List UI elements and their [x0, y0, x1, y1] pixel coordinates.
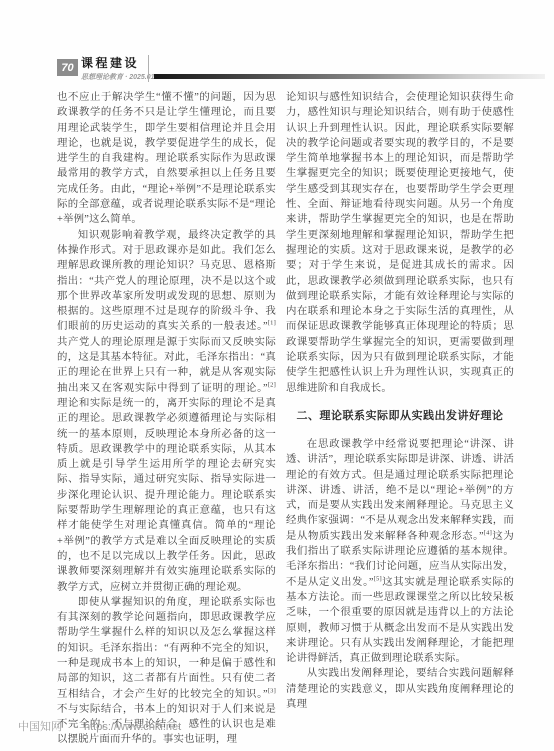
paragraph-continuation: 论知识与感性知识结合，会使理论知识获得生命力，感性知识与理论知识结合，则有助于使… — [286, 90, 514, 396]
header-titles: 课程建设 思想理论教育 · 2025.01 — [81, 57, 155, 82]
page-number: 70 — [61, 62, 73, 74]
left-column: 也不应止于解决学生“懂不懂”的问题，因为思政课教学的任务不只是让学生懂理论，而且… — [57, 90, 276, 748]
column-title: 课程建设 — [81, 57, 155, 70]
page-number-badge: 70 — [57, 59, 78, 76]
header-divider-line — [148, 55, 149, 82]
paragraph-continuation: 也不应止于解决学生“懂不懂”的问题，因为思政课教学的任务不只是让学生懂理论，而且… — [57, 90, 276, 228]
section-heading: 二、理论联系实际即从实践出发讲好理论 — [286, 407, 514, 423]
right-column: 论知识与感性知识结合，会使理论知识获得生命力，感性知识与理论知识结合，则有助于使… — [286, 90, 514, 748]
paragraph: 在思政课教学中经常说要把理论“讲深、讲透、讲活”，理论联系实际即是讲深、讲透、讲… — [286, 437, 514, 666]
journal-info: 思想理论教育 · 2025.01 — [81, 72, 155, 82]
header-gradient-bar — [154, 74, 545, 79]
journal-page: 70 课程建设 思想理论教育 · 2025.01 也不应止于解决学生“懂不懂”的… — [0, 0, 554, 751]
article-body: 也不应止于解决学生“懂不懂”的问题，因为思政课教学的任务不只是让学生懂理论，而且… — [57, 90, 514, 748]
paragraph: 从实践出发阐释理论，要结合实践问题解释清楚理论的实践意义，即从实践角度阐释理论的… — [286, 666, 514, 712]
paragraph: 知识观影响着教学观，最终决定教学的具体操作形式。对于思政课亦是如此。我们怎么理解… — [57, 228, 276, 595]
cnki-watermark: 中国知网 https://www.cnki.net — [18, 718, 181, 734]
cnki-site-name: 中国知网 — [18, 718, 62, 734]
cnki-site-url: https://www.cnki.net — [84, 721, 181, 733]
